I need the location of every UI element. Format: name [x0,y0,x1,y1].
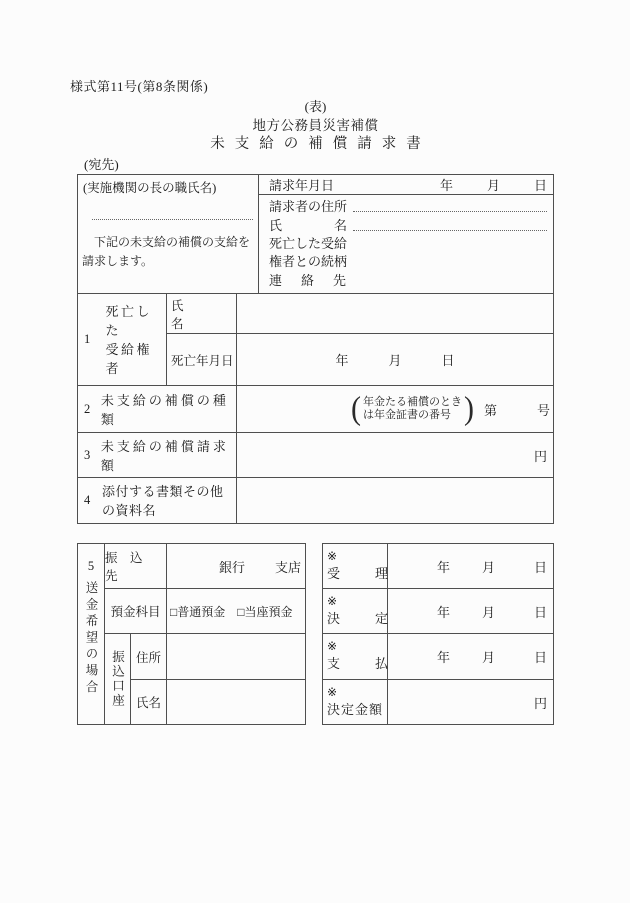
checkbox-current-deposit: □当座預金 [237,603,292,620]
relation-label-line2: 権者との続柄 [269,251,347,270]
compensation-type-label: 未支給の補償の種類 [101,390,236,428]
system-title: 地方公務員災害補償 [77,114,554,134]
year-label: 年 [437,602,450,621]
compensation-type-field: ( 年金たる補償のとき は年金証書の番号 ) 第 号 [237,386,553,432]
account-name-field [167,680,305,724]
relation-row-2: 権者との続柄 [269,253,547,270]
reception-date-field: 年 月 日 [388,544,553,588]
month-label: 月 [487,175,500,194]
month-label: 月 [388,350,401,369]
number-suffix-label: 号 [537,400,550,419]
contact-row: 連 絡 先 [269,272,547,289]
attached-documents-label: 添付する書類その他の資料名 [102,482,234,520]
addressee-label: (宛先) [84,154,119,173]
account-address-field [167,634,305,679]
deceased-person-label: 死亡した 受給権者 [106,302,166,378]
day-label: 日 [534,557,547,576]
deposit-type-field: □普通預金 □当座預金 [167,589,305,633]
deceased-name-field [237,294,553,334]
payment-date-field: 年 月 日 [388,634,553,679]
decision-label: 決 定 [327,610,383,628]
side-label: (表) [77,96,554,115]
payment-cell: ※ 支 払 [323,634,388,679]
reception-cell: ※ 受 理 [323,544,388,588]
decision-amount-field: 円 [388,680,553,724]
bracket-close: ) [464,393,474,426]
year-label: 年 [437,557,450,576]
reception-row: ※ 受 理 年 月 日 [323,544,553,589]
claim-amount-cell: 3 未支給の補償請求額 [78,433,237,477]
decision-date-field: 年 月 日 [388,589,553,633]
row-number-5: 5 [88,559,94,574]
account-address-row: 住所 [131,634,305,680]
claimant-section: (実施機関の長の職氏名) 下記の未支給の補償の支給を請求します。 請求年月日 年… [78,175,553,294]
death-date-field: 年 月 日 [237,334,553,385]
year-label: 年 [440,175,453,194]
contact-label: 連 絡 先 [269,270,349,289]
claim-amount-field: 円 [237,433,553,477]
agency-signature-line [92,219,253,220]
decision-cell: ※ 決 定 [323,589,388,633]
attached-documents-field [237,478,553,523]
claim-date-label: 請求年月日 [269,175,334,194]
request-statement: 下記の未支給の補償の支給を請求します。 [82,233,261,271]
row-number-1: 1 [84,332,102,347]
pension-note-line1: 年金たる補償のとき [363,396,462,410]
transfer-details: 振 込 先 銀行 支店 預金科目 □普通預金 □当座預金 振込口座 [105,544,305,724]
claim-date-row: 請求年月日 年 月 日 [259,175,553,195]
reference-mark: ※ [327,547,383,565]
claimant-address-label: 請求者の住所 [269,196,347,215]
attached-documents-row: 4 添付する書類その他の資料名 [78,478,553,523]
deceased-fields: 年 月 日 [237,294,553,385]
month-label: 月 [482,602,495,621]
transfer-case-cell: 5 送金希望の場合 [78,544,105,724]
transfer-account-label: 振込口座 [109,650,127,708]
claimant-info-cell: 請求年月日 年 月 日 請求者の住所 氏 名 [259,175,553,293]
day-label: 日 [534,175,547,194]
row-number-2: 2 [84,402,101,417]
row-number-3: 3 [84,448,101,463]
account-name-label: 氏名 [131,680,167,724]
transfer-account-row: 振込口座 住所 氏名 [105,634,305,724]
decision-row: ※ 決 定 年 月 日 [323,589,553,634]
decision-amount-cell: ※ 決定金額 [323,680,388,724]
payment-row: ※ 支 払 年 月 日 [323,634,553,680]
death-date-label: 死亡年月日 [167,334,236,385]
transfer-destination-row: 振 込 先 銀行 支店 [105,544,305,589]
claimant-detail-lines: 請求者の住所 氏 名 死亡した受給 権者との続柄 連 絡 先 [259,195,553,293]
month-label: 月 [482,557,495,576]
year-label: 年 [437,647,450,666]
month-label: 月 [482,647,495,666]
transfer-destination-field: 銀行 支店 [167,544,305,588]
branch-label: 支店 [275,557,301,576]
transfer-table: 5 送金希望の場合 振 込 先 銀行 支店 預金科目 □普通預金 □当座預金 [77,543,306,725]
deceased-person-cell: 1 死亡した 受給権者 [78,294,167,385]
deceased-label-line1: 死亡した [106,302,166,340]
form-title: 未支給の補償請求書 [77,132,554,153]
year-label: 年 [335,350,348,369]
account-name-row: 氏名 [131,680,305,724]
deceased-person-row: 1 死亡した 受給権者 氏 名 死亡年月日 年 月 日 [78,294,553,386]
deposit-type-row: 預金科目 □普通預金 □当座預金 [105,589,305,634]
transfer-case-label: 送金希望の場合 [82,581,100,697]
reference-mark: ※ [327,592,383,610]
pension-note-line2: は年金証書の番号 [363,409,462,423]
checkbox-ordinary-deposit: □普通預金 [170,603,225,620]
bracket-open: ( [351,393,361,426]
reference-mark: ※ [327,683,383,701]
day-label: 日 [442,350,455,369]
yen-label: 円 [534,446,547,465]
day-label: 日 [534,647,547,666]
compensation-type-row: 2 未支給の補償の種類 ( 年金たる補償のとき は年金証書の番号 ) 第 号 [78,386,553,433]
account-sub-rows: 住所 氏名 [131,634,305,724]
transfer-destination-label: 振 込 先 [105,544,167,588]
claim-amount-row: 3 未支給の補償請求額 円 [78,433,553,478]
row-number-4: 4 [84,493,102,508]
form-page: 様式第11号(第8条関係) (表) 地方公務員災害補償 未支給の補償請求書 (宛… [0,0,630,903]
claimant-address-line [353,211,547,212]
deposit-type-label: 預金科目 [105,589,167,633]
decision-amount-label: 決定金額 [327,701,383,719]
pension-note: 年金たる補償のとき は年金証書の番号 [363,396,462,423]
yen-label: 円 [534,693,547,712]
attached-documents-cell: 4 添付する書類その他の資料名 [78,478,237,523]
deceased-label-line2: 受給権者 [106,340,166,378]
deceased-sublabels: 氏 名 死亡年月日 [167,294,237,385]
claimant-address-row: 請求者の住所 [269,198,547,215]
relation-row: 死亡した受給 [269,235,547,252]
reception-label: 受 理 [327,565,383,583]
claimant-name-label: 氏 名 [269,215,347,234]
office-use-table: ※ 受 理 年 月 日 ※ 決 定 年 月 日 ※ 支 払 [322,543,554,725]
bank-label: 銀行 [219,557,245,576]
claim-amount-label: 未支給の補償請求額 [101,436,236,474]
relation-label-line1: 死亡した受給 [269,233,347,252]
day-label: 日 [534,602,547,621]
agency-cell: (実施機関の長の職氏名) 下記の未支給の補償の支給を請求します。 [78,175,259,293]
claimant-name-row: 氏 名 [269,217,547,234]
deceased-name-label: 氏 名 [167,294,236,334]
decision-amount-row: ※ 決定金額 円 [323,680,553,724]
payment-label: 支 払 [327,655,383,673]
claimant-name-line [353,230,547,231]
compensation-type-cell: 2 未支給の補償の種類 [78,386,237,432]
reference-mark: ※ [327,637,383,655]
form-number: 様式第11号(第8条関係) [70,76,208,95]
account-address-label: 住所 [131,634,167,679]
agency-head-label: (実施機関の長の職氏名) [78,175,258,196]
number-prefix-label: 第 [484,400,497,419]
transfer-account-cell: 振込口座 [105,634,131,724]
claim-table: (実施機関の長の職氏名) 下記の未支給の補償の支給を請求します。 請求年月日 年… [77,174,554,524]
